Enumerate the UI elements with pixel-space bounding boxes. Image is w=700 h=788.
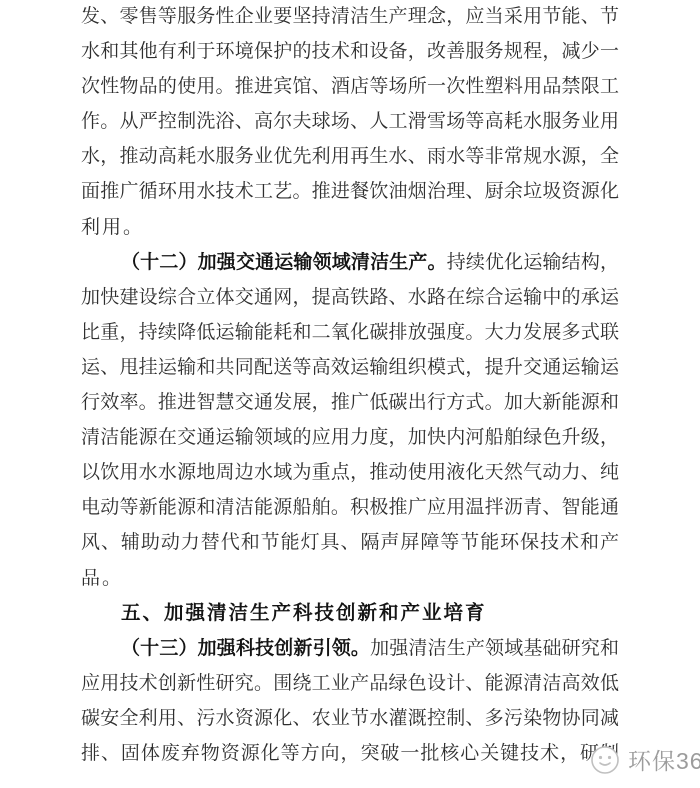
face-logo-icon (589, 744, 621, 776)
text-line: 面推广循环用水技术工艺。推进餐饮油烟治理、厨余垃圾资源化 (81, 174, 619, 209)
text-line: 作。从严控制洗浴、高尔夫球场、人工滑雪场等高耗水服务业用 (81, 104, 619, 139)
text-line: 加快建设综合立体交通网，提高铁路、水路在综合运输中的承运 (81, 280, 619, 315)
text-line-rest: 加强清洁生产领域基础研究和 (370, 638, 619, 659)
text-line: （十二）加强交通运输领域清洁生产。持续优化运输结构， (81, 245, 619, 280)
watermark: 环保365 (589, 743, 700, 776)
clause-lead: （十二）加强交通运输领域清洁生产。 (121, 252, 447, 273)
text-line: 应用技术创新性研究。围绕工业产品绿色设计、能源清洁高效低 (81, 666, 619, 701)
text-line: 运、甩挂运输和共同配送等高效运输组织模式，提升交通运输运 (81, 350, 619, 385)
text-line: 碳安全利用、污水资源化、农业节水灌溉控制、多污染物协同减 (81, 701, 619, 736)
text-line: （十三）加强科技创新引领。加强清洁生产领域基础研究和 (81, 631, 619, 666)
text-line: 利用。 (81, 210, 619, 245)
section-heading: 五、加强清洁生产科技创新和产业培育 (81, 596, 619, 631)
text-line: 清洁能源在交通运输领域的应用力度，加快内河船舶绿色升级， (81, 420, 619, 455)
text-line: 比重，持续降低运输能耗和二氧化碳排放强度。大力发展多式联 (81, 315, 619, 350)
text-line: 电动等新能源和清洁能源船舶。积极推广应用温拌沥青、智能通 (81, 490, 619, 525)
text-line-rest: 持续优化运输结构， (447, 252, 619, 273)
text-line: 水和其他有利于环境保护的技术和设备，改善服务规程，减少一 (81, 34, 619, 69)
text-line: 品。 (81, 561, 619, 596)
text-line: 水，推动高耗水服务业优先利用再生水、雨水等非常规水源，全 (81, 139, 619, 174)
text-line: 发、零售等服务性企业要坚持清洁生产理念，应当采用节能、节 (81, 0, 619, 34)
document-page: 发、零售等服务性企业要坚持清洁生产理念，应当采用节能、节水和其他有利于环境保护的… (0, 0, 700, 788)
text-line: 行效率。推进智慧交通发展，推广低碳出行方式。加大新能源和 (81, 385, 619, 420)
text-line: 风、辅助动力替代和节能灯具、隔声屏障等节能环保技术和产 (81, 525, 619, 560)
watermark-label: 环保365 (628, 743, 700, 776)
text-line: 次性物品的使用。推进宾馆、酒店等场所一次性塑料用品禁限工 (81, 69, 619, 104)
text-line: 以饮用水水源地周边水域为重点，推动使用液化天然气动力、纯 (81, 455, 619, 490)
clause-lead: （十三）加强科技创新引领。 (121, 638, 370, 659)
text-line: 排、固体废弃物资源化等方向，突破一批核心关键技术，研制 (81, 736, 619, 771)
document-text: 发、零售等服务性企业要坚持清洁生产理念，应当采用节能、节水和其他有利于环境保护的… (81, 0, 619, 771)
